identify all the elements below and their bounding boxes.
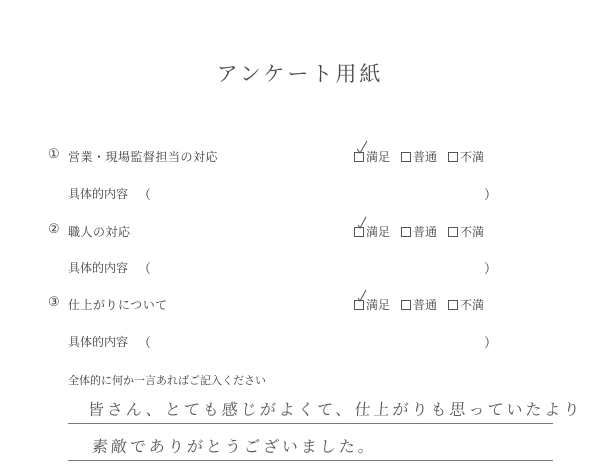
question-number: ① (48, 147, 60, 162)
rating-options: 満足 普通 不満 (354, 296, 484, 313)
open-paren: （ (138, 258, 151, 277)
question-number: ③ (48, 295, 60, 310)
option-label: 普通 (413, 148, 437, 165)
question-label: 営業・現場監督担当の対応 (68, 148, 218, 165)
checkbox[interactable] (401, 227, 411, 237)
question-label: 職人の対応 (68, 223, 131, 240)
checkbox[interactable] (448, 300, 458, 310)
question-number: ② (48, 222, 60, 237)
close-paren: ） (484, 184, 497, 203)
handwritten-comment-line-1[interactable]: 皆さん、とても感じがよくて、仕上がりも思っていたより (87, 397, 583, 420)
option-dissatisfied[interactable]: 不満 (448, 223, 484, 240)
comment-prompt: 全体的に何か一言あればご記入ください (68, 372, 266, 388)
close-paren: ） (484, 258, 497, 277)
checkmark-icon (355, 288, 369, 304)
open-paren: （ (138, 332, 151, 351)
close-paren: ） (484, 332, 497, 351)
checkbox[interactable] (401, 300, 411, 310)
question-label: 仕上がりについて (68, 296, 168, 313)
option-normal[interactable]: 普通 (401, 223, 437, 240)
option-label: 普通 (413, 223, 437, 240)
option-label: 普通 (413, 296, 437, 313)
checkbox[interactable] (448, 152, 458, 162)
option-normal[interactable]: 普通 (401, 296, 437, 313)
page-title: アンケート用紙 (0, 58, 600, 88)
checkmark-icon (355, 215, 369, 231)
option-dissatisfied[interactable]: 不満 (448, 148, 484, 165)
checkbox[interactable] (448, 227, 458, 237)
option-satisfied[interactable]: 満足 (354, 296, 390, 313)
option-label: 不満 (460, 223, 484, 240)
option-label: 不満 (460, 148, 484, 165)
open-paren: （ (138, 184, 151, 203)
option-normal[interactable]: 普通 (401, 148, 437, 165)
option-label: 満足 (366, 296, 390, 313)
checkmark-icon (355, 140, 369, 156)
writing-line-2 (68, 460, 553, 461)
detail-label: 具体的内容 (68, 185, 128, 202)
checkbox[interactable] (401, 152, 411, 162)
option-satisfied[interactable]: 満足 (354, 223, 390, 240)
option-dissatisfied[interactable]: 不満 (448, 296, 484, 313)
rating-options: 満足 普通 不満 (354, 223, 484, 240)
option-label: 満足 (366, 148, 390, 165)
option-label: 不満 (460, 296, 484, 313)
rating-options: 満足 普通 不満 (354, 148, 484, 165)
detail-label: 具体的内容 (68, 259, 128, 276)
detail-label: 具体的内容 (68, 333, 128, 350)
writing-line-1 (68, 423, 553, 424)
option-satisfied[interactable]: 満足 (354, 148, 390, 165)
option-label: 満足 (366, 223, 390, 240)
handwritten-comment-line-2[interactable]: 素敵でありがとうございました。 (91, 434, 378, 457)
